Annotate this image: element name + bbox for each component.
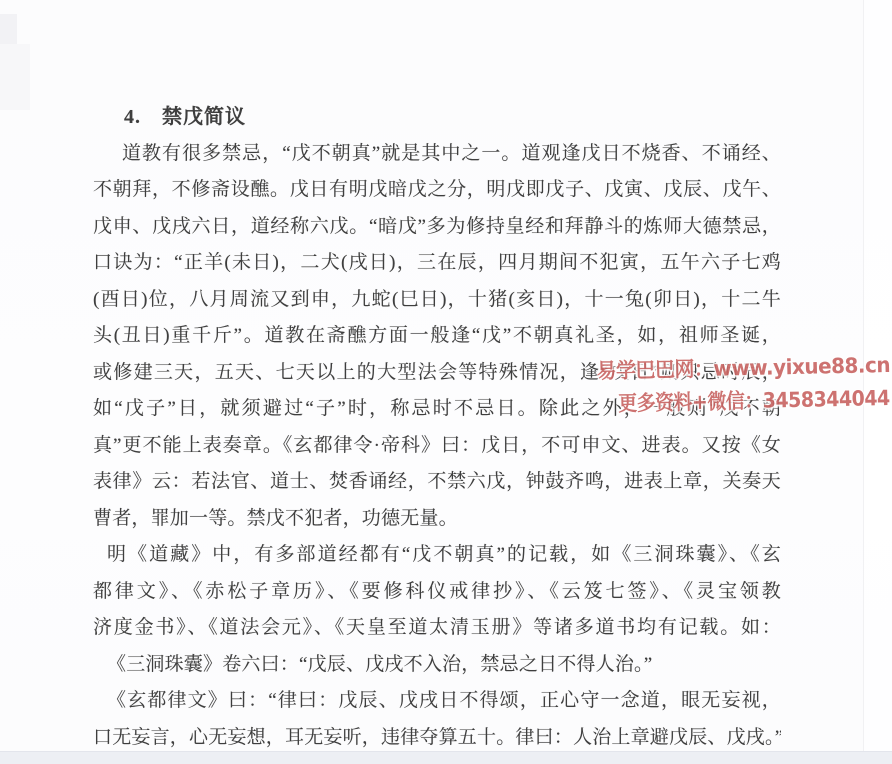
text-line: 曹者，罪加一等。禁戊不犯者，功德无量。 bbox=[93, 501, 781, 538]
text-line: (酉日)位，八月周流又到申，九蛇(巳日)，十猪(亥日)，十一兔(卯日)，十二牛 bbox=[93, 282, 781, 319]
text-line: 《玄都律文》曰：“律曰：戊辰、戊戌日不得颂，正心守一念道，眼无妄视， bbox=[93, 683, 781, 720]
document-content: 4. 禁戊简议 道教有很多禁忌，“戊不朝真”就是其中之一。道观逢戊日不烧香、不诵… bbox=[93, 99, 781, 756]
text-line: 不朝拜，不修斋设醮。戊日有明戊暗戊之分，明戊即戊子、戊寅、戊辰、戊午、 bbox=[93, 172, 781, 209]
page-background: 4. 禁戊简议 道教有很多禁忌，“戊不朝真”就是其中之一。道观逢戊日不烧香、不诵… bbox=[0, 0, 892, 764]
paragraph: 道教有很多禁忌，“戊不朝真”就是其中之一。道观逢戊日不烧香、不诵经、 不朝拜，不… bbox=[93, 136, 781, 538]
scan-artifact-top-left-2 bbox=[0, 44, 30, 110]
text-line: 济度金书》、《道法会元》、《天皇至道太清玉册》等诸多道书均有记载。如： bbox=[93, 610, 781, 647]
text-line: 真”更不能上表奏章。《玄都律令·帝科》曰：戊日，不可申文、进表。又按《女 bbox=[93, 428, 781, 465]
watermark-line-1: 易学巴巴网：www.yixue88.cn bbox=[596, 349, 890, 385]
section-title: 4. 禁戊简议 bbox=[93, 99, 781, 136]
scan-artifact-top-left bbox=[0, 14, 17, 48]
paragraph: 明《道藏》中，有多部道经都有“戊不朝真”的记载，如《三洞珠囊》、《玄 都律文》、… bbox=[93, 537, 781, 647]
text-line: 戊申、戊戌六日，道经称六戊。“暗戊”多为修持皇经和拜静斗的炼师大德禁忌， bbox=[93, 209, 781, 246]
text-line: 口诀为：“正羊(未日)，二犬(戌日)，三在辰，四月期间不犯寅，五午六子七鸡 bbox=[93, 245, 781, 282]
text-line: 都律文》、《赤松子章历》、《要修科仪戒律抄》、《云笈七签》、《灵宝领教 bbox=[93, 574, 781, 611]
watermark-line-2: 更多资料+微信：3458344044 bbox=[618, 382, 890, 418]
paragraph: 《三洞珠囊》卷六曰：“戊辰、戊戌不入治，禁忌之日不得人治。” bbox=[93, 647, 781, 684]
paragraph: 《玄都律文》曰：“律曰：戊辰、戊戌日不得颂，正心守一念道，眼无妄视， 口无妄言，… bbox=[93, 683, 781, 756]
text-line: 《三洞珠囊》卷六曰：“戊辰、戊戌不入治，禁忌之日不得人治。” bbox=[93, 647, 781, 684]
text-line: 头(丑日)重千斤”。道教在斋醮方面一般逢“戊”不朝真礼圣，如，祖师圣诞， bbox=[93, 318, 781, 355]
text-line: 表律》云：若法官、道士、焚香诵经，不禁六戊，钟鼓齐鸣，进表上章，关奏天 bbox=[93, 464, 781, 501]
page-bottom-edge bbox=[0, 751, 892, 764]
text-line: 明《道藏》中，有多部道经都有“戊不朝真”的记载，如《三洞珠囊》、《玄 bbox=[93, 537, 781, 574]
text-line: 道教有很多禁忌，“戊不朝真”就是其中之一。道观逢戊日不烧香、不诵经、 bbox=[93, 136, 781, 173]
